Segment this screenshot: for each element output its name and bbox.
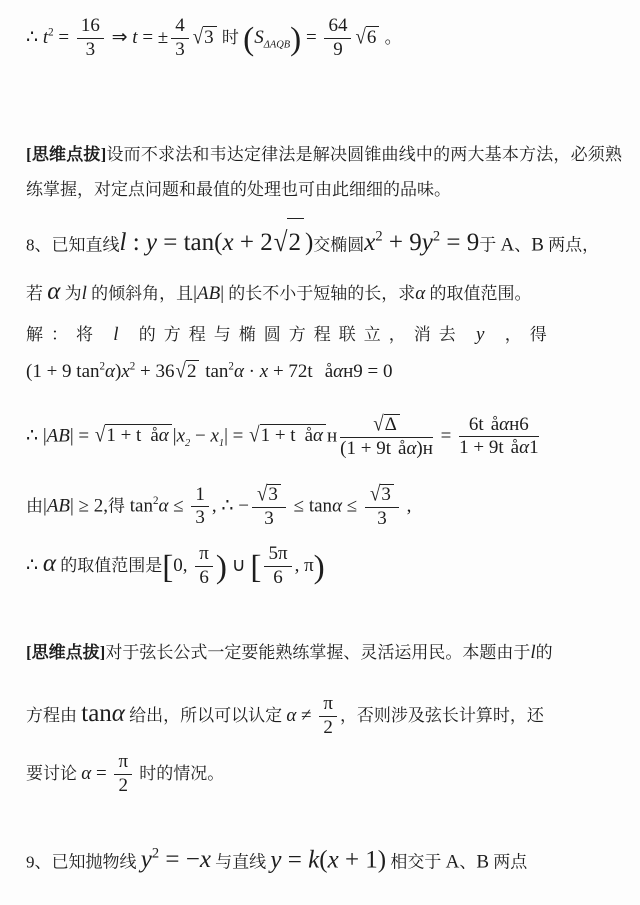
math-it: α [286, 705, 296, 726]
equation-expanded: (1 + 9 tan2α)x2 + 36√2 tan2α · x + 72tåα… [26, 360, 622, 383]
math-rm: tan [200, 361, 228, 382]
math-it: α [105, 361, 115, 382]
math-rm: 3 [264, 508, 274, 529]
math-rm: 9 [333, 39, 343, 60]
math-den: 3 [77, 39, 104, 61]
math-rm: , ∴ − [212, 495, 249, 516]
math-num: π [319, 694, 337, 717]
math-rad: √ [176, 360, 186, 385]
math-vinc: 3 [267, 484, 281, 506]
math-num: 5π [264, 544, 291, 567]
math-num: 1 [191, 485, 209, 508]
math-it: α [333, 361, 343, 382]
math-cn: 于 [479, 235, 500, 254]
math-bm: α [47, 278, 60, 305]
math-vinc: 1 + tåα [105, 424, 171, 447]
math-rm: = [91, 763, 111, 784]
math-den: 9 [324, 39, 351, 61]
math-it: α [47, 278, 60, 305]
math-cn: 的长不小于短轴的长，求 [224, 284, 415, 303]
math-sqrt: √3 [193, 26, 217, 49]
math-rm: 2 [119, 775, 129, 796]
math-it: α [499, 414, 509, 435]
math-rm: 4 [175, 15, 185, 36]
math-bm: x2 + 9y2 = 9 [364, 229, 479, 256]
math-den: 1 + 9tåα1 [459, 437, 538, 459]
math-frac: 6tåαн61 + 9tåα1 [459, 415, 538, 460]
alpha-range-conclusion: ∴ α 的取值范围是[0, π6) ∪ [5π6, π) [26, 544, 622, 589]
math-it: x [177, 425, 185, 446]
math-rm: н6 [509, 414, 529, 435]
math-sqrt: √2 [274, 218, 304, 266]
math-big: ) [216, 548, 227, 585]
math-cn: 的取值范围是 [56, 556, 162, 575]
math-it: x [121, 361, 129, 382]
math-cn: 交椭圆 [313, 235, 364, 254]
math-cn: 若 [26, 284, 47, 303]
math-cn: ，得 [492, 325, 554, 344]
math-sqrt: √2 [176, 360, 200, 383]
math-sb: ΔAQB [264, 40, 290, 51]
math-cn: 对于弦长公式一定要能熟练掌握、灵活运用民。本题由于 [105, 643, 530, 662]
math-rm: 6t [469, 414, 484, 435]
math-rm: 3 [268, 484, 278, 505]
math-rm: ∴ [26, 555, 43, 576]
math-sqrt: √3 [370, 484, 394, 506]
math-rm: : [126, 229, 145, 256]
math-den: 6 [195, 567, 213, 589]
math-rad: √ [274, 217, 288, 270]
math-num: π [114, 752, 132, 775]
math-rm: 3 [175, 39, 185, 60]
math-den: 3 [191, 507, 209, 529]
math-den: 3 [365, 508, 399, 530]
math-rm: (1 + 9t [340, 438, 391, 459]
math-rm: A [500, 234, 514, 255]
math-it: x [200, 846, 211, 873]
math-cn: 两点 [489, 852, 527, 871]
math-num: 6tåαн6 [459, 415, 538, 438]
math-den: 6 [264, 567, 291, 589]
math-cnb: [思维点拔] [26, 643, 105, 662]
math-rm: tan [81, 700, 112, 727]
math-rm: = 9 [440, 229, 479, 256]
math-it: y [476, 324, 492, 345]
math-rm: ∴ [26, 27, 43, 48]
note-paragraph-2: [思维点拔]对于弦长公式一定要能熟练掌握、灵活运用民。本题由于l的 [26, 638, 622, 664]
note-text: 设而不求法和韦达定律法是解决圆锥曲线中的两大基本方法，必须熟练掌握，对定点问题和… [26, 145, 622, 199]
math-bm: l : y = tan(x + 2√2) [120, 229, 314, 256]
math-frac: π2 [114, 752, 132, 797]
math-it: α [112, 700, 125, 727]
math-rm: ≠ [296, 705, 316, 726]
math-rm: = [54, 27, 74, 48]
math-it: α [519, 437, 529, 458]
math-rm: | = [224, 425, 248, 446]
math-cn: ，否则涉及弦长计算时，还 [340, 706, 544, 725]
math-rm: + 1) [339, 846, 386, 873]
math-rm: 6 [199, 567, 209, 588]
math-rm: B [531, 234, 544, 255]
math-sqrt: √3 [257, 484, 281, 506]
math-rm: π [118, 751, 128, 772]
math-frac: √Δ(1 + 9tåα)н [340, 414, 433, 460]
math-it: l [113, 324, 126, 345]
note-label: [思维点拔] [26, 145, 106, 164]
math-rm: , π [295, 555, 314, 576]
math-cn: 9、已知抛物线 [26, 852, 141, 871]
math-it: α [43, 550, 56, 577]
math-rm: π [323, 693, 333, 714]
math-rm: | ≥ 2, [70, 495, 108, 516]
math-rm: 3 [377, 508, 387, 529]
math-it: AB [47, 495, 70, 516]
math-it: y [141, 846, 152, 873]
math-sqrt: √1 + tåα [249, 424, 326, 447]
math-rm: = − [159, 846, 200, 873]
math-frac: 649 [324, 16, 351, 61]
math-it: x [260, 361, 268, 382]
math-frac: √33 [365, 484, 399, 530]
equation-ab-length: ∴ |AB| = √1 + tåα|x2 − x1| = √1 + tåαн√Δ… [26, 414, 622, 460]
math-rm: | = [70, 425, 94, 446]
math-bm: tanα [81, 700, 125, 727]
math-it: AB [47, 425, 70, 446]
math-rm: 5π [268, 543, 287, 564]
math-rm: ≤ [168, 495, 188, 516]
math-big: [ [250, 548, 261, 585]
math-rm: 16 [81, 15, 100, 36]
math-rm: ⇒ [107, 27, 132, 48]
math-big: ( [243, 20, 254, 57]
math-rm: å [511, 437, 519, 458]
math-bm: α [43, 550, 56, 577]
math-rm: = [301, 27, 321, 48]
math-su: 2 [375, 229, 382, 245]
math-rad: √ [373, 414, 383, 437]
math-frac: 163 [77, 16, 104, 61]
math-it: x [210, 425, 218, 446]
math-cn: 方程由 [26, 706, 81, 725]
math-rm: ≤ tan [289, 495, 332, 516]
math-cn: 的倾斜角，且 [87, 284, 193, 303]
math-frac: 13 [191, 485, 209, 530]
math-rm: 2 [187, 361, 197, 382]
note-alpha-half-pi-case: 要讨论 α = π2 时的情况。 [26, 752, 622, 797]
math-vinc: 3 [203, 26, 217, 49]
math-rm: 2 [288, 229, 301, 256]
math-it: α [313, 425, 323, 446]
math-big: [ [162, 548, 173, 585]
math-rm: (1 + 9 tan [26, 361, 100, 382]
math-sqrt: √Δ [373, 414, 400, 436]
math-rm: 1 + t [106, 425, 141, 446]
math-frac: √33 [252, 484, 286, 530]
math-frac: 5π6 [264, 544, 291, 589]
math-rm: 2 [323, 717, 333, 738]
math-rm: 6 [273, 567, 283, 588]
math-it: S [254, 27, 264, 48]
math-rm: 6 [367, 27, 377, 48]
solution-intro: 解：将 l 的方程与椭圆方程联立，消去 y ，得 [26, 320, 622, 346]
math-rm: + 9 [383, 229, 422, 256]
math-rm: å [150, 425, 158, 446]
math-num: π [195, 544, 213, 567]
math-su: 2 [433, 229, 440, 245]
math-rm: 0, [173, 555, 192, 576]
math-it: α [159, 425, 169, 446]
math-it: y [422, 229, 433, 256]
math-num: 4 [171, 16, 189, 39]
math-bm: y2 = −x [141, 846, 211, 873]
math-rm: = [282, 846, 309, 873]
problem-8-statement: 8、已知直线l : y = tan(x + 2√2)交椭圆x2 + 9y2 = … [26, 214, 622, 317]
math-vinc: Δ [384, 414, 400, 436]
math-frac: π2 [319, 694, 337, 739]
math-vinc: 3 [380, 484, 394, 506]
math-rm: = tan( [157, 229, 222, 256]
math-den: 2 [319, 717, 337, 739]
math-it: y [270, 846, 281, 873]
math-num: √3 [365, 484, 399, 508]
math-rm: − [190, 425, 210, 446]
math-rm: å [305, 425, 313, 446]
math-big: ) [290, 20, 301, 57]
math-rm: )н [416, 438, 433, 459]
math-bm: y = k(x + 1) [270, 846, 386, 873]
math-it: α [415, 283, 425, 304]
math-vinc: 2 [186, 360, 200, 383]
math-rm: 3 [204, 27, 214, 48]
math-rm: = [436, 425, 456, 446]
math-num: 16 [77, 16, 104, 39]
math-it: α [159, 495, 169, 516]
problem-9-statement: 9、已知抛物线 y2 = −x 与直线 y = k(x + 1) 相交于 A、B… [26, 846, 622, 874]
math-frac: π6 [195, 544, 213, 589]
math-rm: 1 [195, 484, 205, 505]
math-vinc: 2 [287, 218, 304, 266]
math-it: x [328, 846, 339, 873]
math-rad: √ [249, 424, 259, 449]
math-big: ) [314, 548, 325, 585]
math-vinc: 6 [366, 26, 380, 49]
math-it: k [308, 846, 319, 873]
math-rm: 1 [529, 437, 539, 458]
math-den: 3 [171, 39, 189, 61]
math-it: α [81, 763, 91, 784]
math-cn: 与直线 [211, 852, 271, 871]
math-rm: ≤ [342, 495, 362, 516]
math-cn: 为 [60, 284, 81, 303]
math-rm: н [327, 425, 337, 446]
math-rm: н9 = 0 [343, 361, 392, 382]
math-cn: 。 [380, 28, 401, 47]
math-num: √Δ [340, 414, 433, 438]
math-it: α [234, 361, 244, 382]
math-num: 64 [324, 16, 351, 39]
math-cn: 给出，所以可以认定 [125, 706, 287, 725]
math-cn: 的取值范围。 [425, 284, 531, 303]
math-rm: å [325, 361, 333, 382]
math-den: (1 + 9tåα)н [340, 438, 433, 460]
math-rm: · [244, 361, 260, 382]
math-rm: å [491, 414, 499, 435]
math-cn: 时的情况。 [135, 764, 224, 783]
math-rm: A [446, 851, 460, 872]
math-rad: √ [95, 424, 105, 449]
math-cn: 、 [459, 852, 476, 871]
math-rm: 1 + t [261, 425, 296, 446]
math-cn: 时 [218, 28, 244, 47]
math-cn: 得 [108, 496, 125, 515]
math-rm: ∪ [227, 555, 250, 576]
math-sqrt: √1 + tåα [95, 424, 172, 447]
math-cn: 两点， [544, 235, 599, 254]
document-page: ∴ t2 = 163 ⇒ t = ±43√3 时 (SΔAQB) = 649√6… [0, 0, 640, 905]
math-rm: π [199, 543, 209, 564]
math-rm: tan [125, 495, 153, 516]
math-rad: √ [355, 25, 365, 50]
math-it: x [222, 229, 233, 256]
math-rm: + 36 [135, 361, 174, 382]
inequality-tan-alpha: 由|AB| ≥ 2,得 tan2α ≤ 13, ∴ −√33 ≤ tanα ≤ … [26, 484, 622, 530]
math-rm: 3 [86, 39, 96, 60]
math-rm: = ± [138, 27, 169, 48]
note-tan-alpha-given: 方程由 tanα 给出，所以可以认定 α ≠ π2，否则涉及弦长计算时，还 [26, 694, 622, 739]
math-it: x [364, 229, 375, 256]
math-it: α [406, 438, 416, 459]
math-it: α [332, 495, 342, 516]
math-cn: 相交于 [386, 852, 446, 871]
equation-s-aqb-result: ∴ t2 = 163 ⇒ t = ±43√3 时 (SΔAQB) = 649√6… [26, 16, 622, 61]
math-num: √3 [252, 484, 286, 508]
math-frac: 43 [171, 16, 189, 61]
math-rm: 3 [195, 507, 205, 528]
math-rm: Δ [385, 414, 397, 435]
math-cn: 8、已知直线 [26, 235, 120, 254]
math-cn: 解：将 [26, 325, 113, 344]
math-it: AB [197, 283, 220, 304]
math-sqrt: √6 [355, 26, 379, 49]
math-rm: + 72t [268, 361, 313, 382]
math-cn: 由 [26, 496, 43, 515]
math-cn: 的 [536, 643, 553, 662]
math-cn: 的方程与椭圆方程联立，消去 [127, 325, 477, 344]
math-rad: √ [370, 484, 380, 507]
note-paragraph-1: [思维点拔]设而不求法和韦达定律法是解决圆锥曲线中的两大基本方法，必须熟练掌握，… [26, 137, 622, 207]
math-rm: ∴ | [26, 425, 47, 446]
math-rm: 64 [328, 15, 347, 36]
math-vinc: 1 + tåα [260, 424, 326, 447]
math-rm: B [476, 851, 489, 872]
math-rm: 1 + 9t [459, 437, 504, 458]
math-cn: 要讨论 [26, 764, 81, 783]
math-cn: 、 [514, 235, 531, 254]
math-rad: √ [193, 25, 203, 50]
math-it: y [146, 229, 157, 256]
math-rm: ( [319, 846, 327, 873]
math-den: 2 [114, 775, 132, 797]
math-rm: + 2 [234, 229, 273, 256]
math-rad: √ [257, 484, 267, 507]
math-rm: 3 [381, 484, 391, 505]
math-rm: , [402, 495, 412, 516]
math-den: 3 [252, 508, 286, 530]
